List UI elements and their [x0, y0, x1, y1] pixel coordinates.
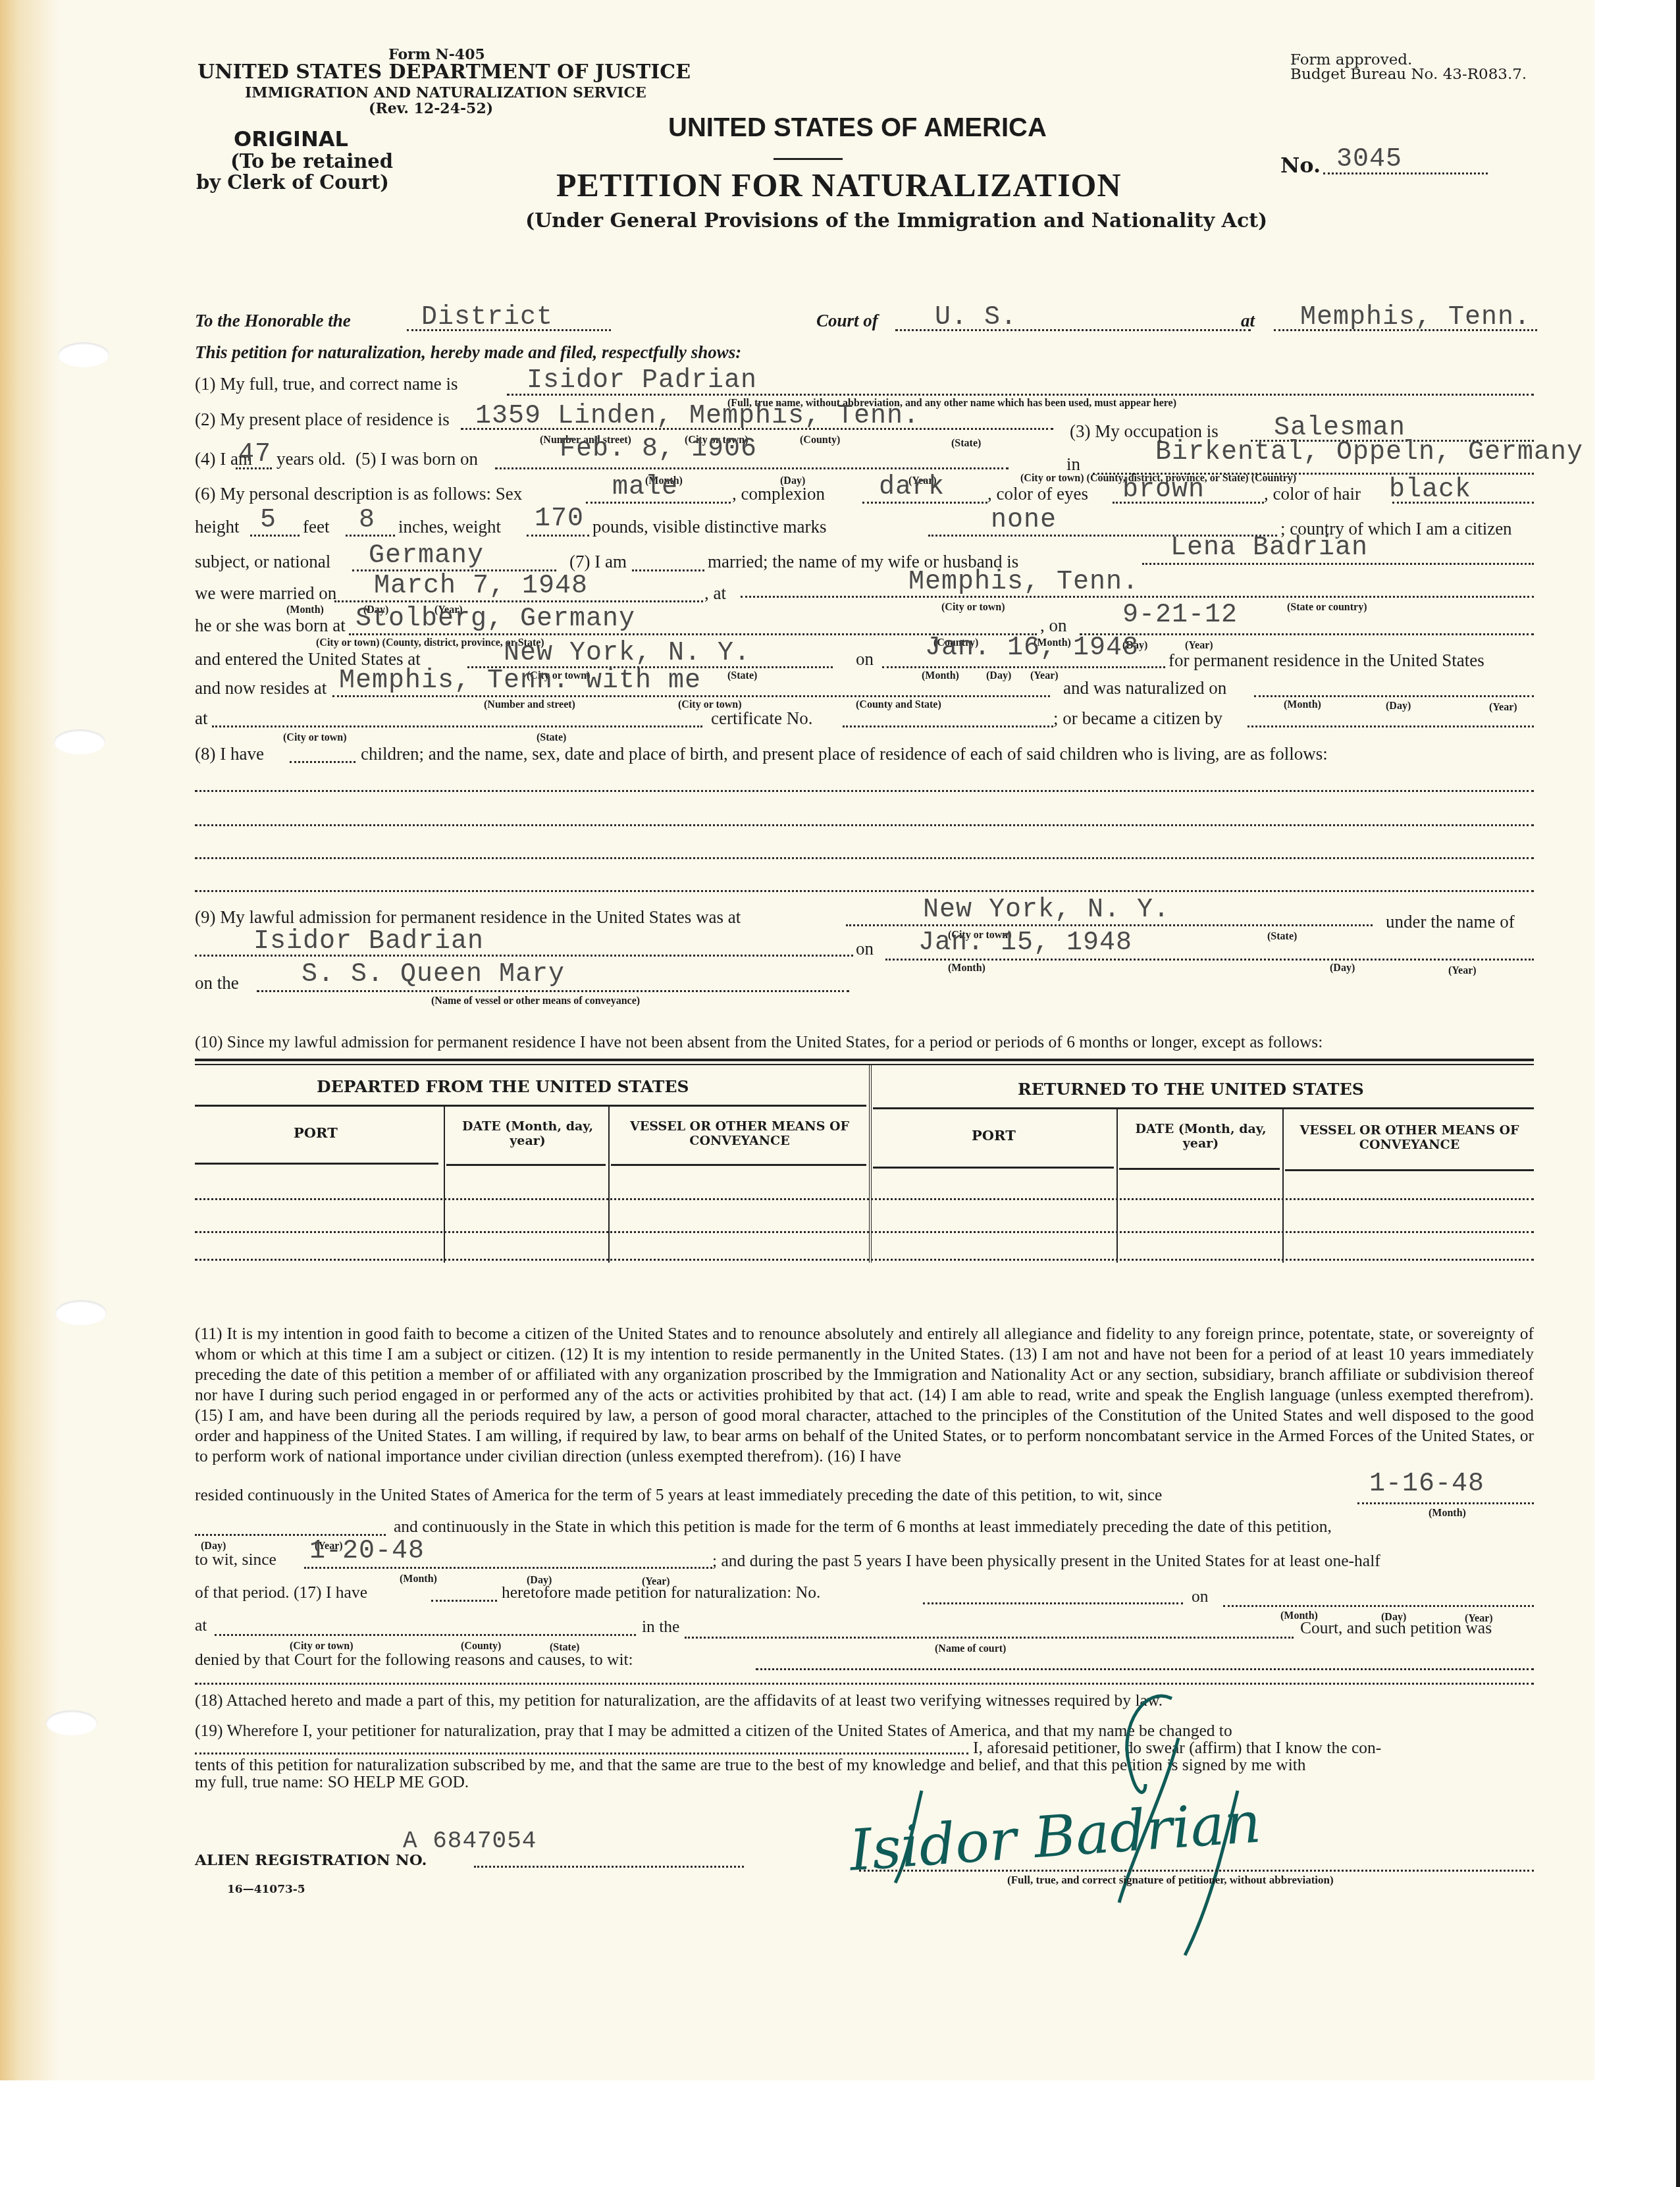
court-of-field[interactable]: U. S.: [935, 303, 1017, 332]
height-inches-field[interactable]: 8: [359, 506, 375, 535]
now-resides-label: and now resides at: [195, 678, 327, 698]
vessel-line: [257, 990, 849, 992]
copy-note-2: by Clerk of Court): [196, 171, 389, 194]
copy-note-1: (To be retained: [230, 150, 393, 172]
returned-header: RETURNED TO THE UNITED STATES: [1018, 1080, 1364, 1099]
admission-place-field[interactable]: New York, N. Y.: [923, 895, 1170, 925]
state-residence-since-field[interactable]: 1-20-48: [309, 1537, 425, 1566]
physically-present-label: ; and during the past 5 years I have bee…: [712, 1551, 1380, 1571]
absence-table: DEPARTED FROM THE UNITED STATES RETURNED…: [195, 1059, 1534, 1263]
children-text: children; and the name, sex, date and pl…: [361, 744, 1328, 764]
spouse-birth-date-field[interactable]: 9-21-12: [1122, 600, 1238, 630]
print-code: 16—41073-5: [227, 1883, 305, 1896]
marriage-place-field[interactable]: Memphis, Tenn.: [908, 567, 1139, 597]
caption-day: (Day): [986, 670, 1011, 682]
caption-month: (Month): [400, 1573, 437, 1585]
children-line[interactable]: [195, 824, 1534, 826]
new-name-line[interactable]: [195, 1752, 968, 1754]
service-name: IMMIGRATION AND NATURALIZATION SERVICE: [245, 84, 646, 101]
at-label: at: [1241, 311, 1255, 331]
marriage-date-field[interactable]: March 7, 1948: [374, 571, 588, 601]
age-field[interactable]: 47: [238, 440, 271, 469]
citizen-by-line: [1247, 725, 1534, 727]
col-vessel: VESSEL OR OTHER MEANS OF CONVEYANCE: [616, 1119, 863, 1148]
punch-hole: [46, 1710, 97, 1735]
prior-petition-status-line: [431, 1600, 497, 1602]
caption-court: (Name of court): [935, 1643, 1006, 1655]
nationality-field[interactable]: Germany: [369, 541, 484, 571]
caption-county: (County): [800, 435, 840, 446]
certificate-line: [843, 725, 1053, 727]
admission-date-line: [885, 959, 1534, 961]
q8-label: (8) I have: [195, 744, 264, 764]
entered-on-label: on: [856, 649, 874, 670]
naturalization-petition-page: Form N-405 UNITED STATES DEPARTMENT OF J…: [0, 0, 1594, 2080]
q6-label: (6) My personal description is as follow…: [195, 484, 522, 504]
col-date-return: DATE (Month, day, year): [1122, 1122, 1280, 1151]
col-port: PORT: [294, 1124, 338, 1141]
caption-state: (State): [537, 732, 566, 744]
residence-field[interactable]: 1359 Linden, Memphis, Tenn.: [475, 402, 920, 431]
department-name: UNITED STATES DEPARTMENT OF JUSTICE: [197, 61, 691, 84]
feet-label: feet: [303, 517, 329, 537]
spouse-entry-date-line: [882, 666, 1165, 668]
caption-vessel: (Name of vessel or other means of convey…: [431, 995, 640, 1007]
eyes-field[interactable]: brown: [1122, 475, 1205, 505]
declarations-paragraph: (11) It is my intention in good faith to…: [195, 1323, 1534, 1466]
punch-hole: [55, 1300, 107, 1325]
petition-number-label: No.: [1280, 153, 1321, 178]
spouse-birth-place-field[interactable]: Stolberg, Germany: [355, 604, 635, 634]
admission-on-label: on: [856, 939, 874, 959]
caption-month: (Month): [948, 962, 985, 974]
q10-label: (10) Since my lawful admission for perma…: [195, 1032, 1323, 1052]
us-residence-line: [1357, 1502, 1534, 1504]
marriage-at-label: , at: [704, 583, 726, 604]
prior-petition-on-label: on: [1192, 1587, 1209, 1606]
naturalized-date-line: [1254, 695, 1534, 697]
on-the-label: on the: [195, 973, 239, 993]
country-heading: UNITED STATES OF AMERICA: [668, 113, 1047, 143]
hair-field[interactable]: black: [1389, 475, 1471, 505]
spouse-residence-field[interactable]: Memphis, Tenn. with me: [339, 666, 701, 696]
inches-label: inches, weight: [398, 517, 501, 537]
approval-line-2: Budget Bureau No. 43-R083.7.: [1290, 66, 1527, 83]
weight-field[interactable]: 170: [535, 504, 584, 534]
admission-date-field[interactable]: Jan. 15, 1948: [918, 928, 1132, 958]
certificate-label: certificate No.: [711, 708, 812, 729]
caption-county-state: (County and State): [856, 699, 941, 711]
denied-reasons-line: [756, 1668, 1534, 1670]
absence-row[interactable]: [195, 1259, 1534, 1261]
marks-field[interactable]: none: [991, 506, 1057, 535]
copy-label: ORIGINAL: [234, 126, 348, 151]
court-of-label: Court of: [816, 311, 878, 331]
spouse-name-line: [1142, 563, 1534, 565]
denied-reasons-line: [195, 1683, 1534, 1685]
alien-registration-label: ALIEN REGISTRATION NO.: [195, 1851, 427, 1869]
prior-at-label: at: [195, 1616, 207, 1635]
birth-date-field[interactable]: Feb. 8, 1906: [560, 435, 757, 464]
prior-petition-number-line: [923, 1602, 1183, 1604]
q9-label: (9) My lawful admission for permanent re…: [195, 907, 741, 928]
caption-year: (Year): [1489, 702, 1517, 714]
alien-registration-line: [474, 1866, 744, 1868]
complexion-field[interactable]: dark: [879, 473, 945, 502]
under-name-label: under the name of: [1386, 912, 1515, 932]
naturalized-label: and was naturalized on: [1063, 678, 1226, 698]
punch-hole: [58, 342, 109, 367]
prior-petition-date-line: [1223, 1605, 1534, 1607]
col-vessel-return: VESSEL OR OTHER MEANS OF CONVEYANCE: [1288, 1123, 1531, 1152]
signature-flourish-icon: [869, 1685, 1343, 1962]
weight-line: [527, 535, 589, 537]
subject-label: subject, or national: [195, 552, 330, 572]
petition-number[interactable]: 3045: [1336, 145, 1402, 174]
hair-label: , color of hair: [1264, 484, 1361, 504]
spouse-birth-date-line: [1080, 633, 1534, 635]
absence-row[interactable]: [195, 1198, 1534, 1200]
page-title: PETITION FOR NATURALIZATION: [556, 166, 1122, 204]
caption-city: (City or town): [941, 602, 1005, 614]
to-wit-label: to wit, since: [195, 1550, 276, 1569]
signature-line: [859, 1870, 1534, 1872]
admission-name-field[interactable]: Isidor Badrian: [253, 927, 484, 957]
vessel-field[interactable]: S. S. Queen Mary: [302, 960, 565, 989]
children-line[interactable]: [195, 890, 1534, 892]
caption-state-country: (State or country): [1287, 602, 1367, 614]
denied-label: denied by that Court for the following r…: [195, 1650, 633, 1670]
q17-label: of that period. (17) I have: [195, 1583, 367, 1602]
spouse-entry-place-field[interactable]: New York, N. Y.: [504, 639, 750, 668]
complexion-label: , complexion: [732, 484, 825, 504]
spouse-name-field[interactable]: Lena Badrian: [1170, 533, 1368, 563]
married-on-label: we were married on: [195, 583, 336, 604]
page-subtitle: (Under General Provisions of the Immigra…: [525, 209, 1267, 232]
caption-state: (State): [1267, 931, 1297, 943]
birth-place-field[interactable]: Birkental, Oppeln, Germany: [1155, 438, 1583, 467]
us-residence-since-field[interactable]: 1-16-48: [1369, 1469, 1484, 1499]
scan-edge: [1676, 0, 1680, 2187]
court-denied-label: Court, and such petition was: [1300, 1618, 1492, 1638]
col-port-return: PORT: [972, 1127, 1016, 1144]
birth-date-line: [495, 467, 1009, 469]
caption-day: (Day): [1386, 700, 1411, 712]
naturalized-at-line: [212, 725, 702, 727]
caption-month: (Month): [286, 604, 324, 616]
punch-hole: [54, 729, 105, 754]
prior-court-line: [685, 1637, 1294, 1639]
absence-row[interactable]: [195, 1231, 1534, 1233]
resided-label: resided continuously in the United State…: [195, 1485, 1162, 1505]
spouse-entry-date-field[interactable]: Jan. 16, 1948: [925, 633, 1139, 663]
caption-city: (City or town): [283, 732, 347, 744]
caption-day: (Day): [1330, 962, 1355, 974]
full-name-field[interactable]: Isidor Padrian: [527, 366, 757, 396]
petition-intro: This petition for naturalization, hereby…: [195, 342, 741, 363]
us-residence-day-year-line: [195, 1534, 386, 1536]
heading-rule: [774, 158, 843, 160]
state-residence-line: [304, 1567, 712, 1569]
children-line[interactable]: [195, 790, 1534, 792]
married-status-line: [632, 569, 704, 571]
sex-field[interactable]: male: [612, 473, 678, 502]
form-revision: (Rev. 12-24-52): [369, 100, 493, 117]
caption-state: (State): [727, 670, 757, 682]
to-honorable-label: To the Honorable the: [195, 311, 351, 331]
col-date: DATE (Month, day, year): [450, 1119, 605, 1148]
naturalized-at-label: at: [195, 708, 208, 729]
height-label: height: [195, 517, 240, 537]
q2-label: (2) My present place of residence is: [195, 409, 450, 430]
q5-label: (5) I was born on: [355, 449, 478, 469]
court-type-field[interactable]: District: [421, 303, 553, 332]
caption-year: (Year): [1030, 670, 1059, 682]
caption-state: (State): [951, 438, 981, 450]
prior-at-line: [215, 1634, 636, 1636]
years-old-label: years old.: [276, 449, 346, 469]
in-the-label: in the: [642, 1617, 679, 1637]
citizen-by-label: ; or became a citizen by: [1053, 708, 1222, 729]
height-feet-field[interactable]: 5: [260, 506, 276, 535]
eyes-label: , color of eyes: [987, 484, 1088, 504]
prior-petition-label: heretofore made petition for naturalizat…: [502, 1583, 820, 1602]
caption-month: (Month): [1429, 1508, 1466, 1519]
oath-line-3: my full, true name: SO HELP ME GOD.: [195, 1772, 469, 1792]
caption-month: (Month): [1284, 699, 1321, 711]
caption-month: (Month): [922, 670, 959, 682]
caption-year: (Year): [1448, 965, 1477, 977]
perm-res-label: for permanent residence in the United St…: [1168, 650, 1484, 671]
pounds-label: pounds, visible distinctive marks: [592, 517, 826, 537]
children-line[interactable]: [195, 857, 1534, 859]
q1-label: (1) My full, true, and correct name is: [195, 374, 458, 394]
signature-caption: (Full, true, and correct signature of pe…: [1007, 1874, 1334, 1887]
children-count-line: [290, 761, 355, 763]
departed-header: DEPARTED FROM THE UNITED STATES: [317, 1077, 689, 1096]
alien-registration-field[interactable]: A 6847054: [403, 1828, 537, 1855]
spouse-born-label: he or she was born at: [195, 616, 346, 636]
state-residence-label: and continuously in the State in which t…: [394, 1517, 1332, 1537]
in-label: in: [1066, 454, 1080, 475]
court-location-field[interactable]: Memphis, Tenn.: [1300, 303, 1531, 332]
caption-number-street: (Number and street): [484, 699, 575, 711]
q7-label: (7) I am: [569, 552, 627, 572]
